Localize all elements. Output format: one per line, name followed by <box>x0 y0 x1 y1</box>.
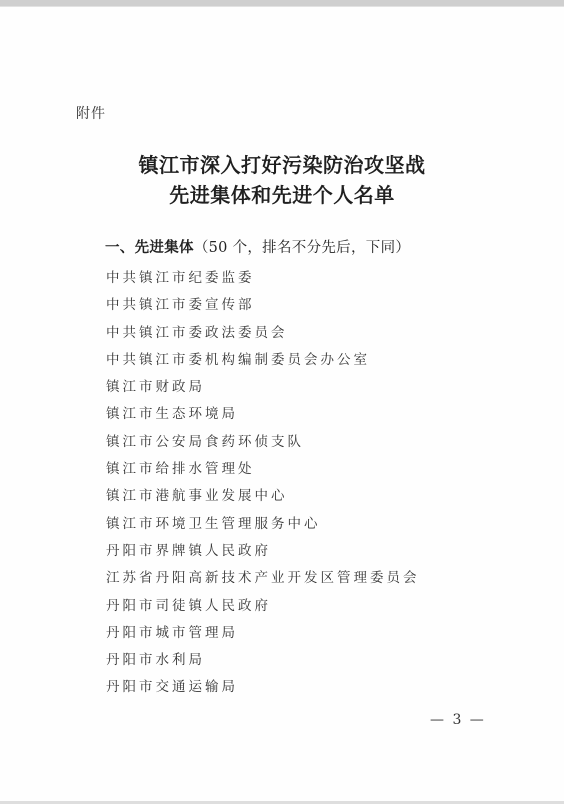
list-item: 中共镇江市纪委监委 <box>106 267 420 294</box>
section-heading-label: 一、先进集体 <box>105 240 194 256</box>
list-item: 镇江市生态环境局 <box>106 403 420 430</box>
list-item: 丹阳市界牌镇人民政府 <box>106 540 420 567</box>
page-number: — 3 — <box>430 712 486 728</box>
list-item: 丹阳市城市管理局 <box>106 622 420 649</box>
list-item: 镇江市港航事业发展中心 <box>106 485 420 512</box>
list-item: 中共镇江市委宣传部 <box>106 294 420 321</box>
attachment-label: 附件 <box>76 103 106 123</box>
list-item: 江苏省丹阳高新技术产业开发区管理委员会 <box>106 567 420 594</box>
title-line-2: 先进集体和先进个人名单 <box>0 180 564 210</box>
list-item: 镇江市财政局 <box>106 376 420 403</box>
document-title: 镇江市深入打好污染防治攻坚战 先进集体和先进个人名单 <box>0 150 564 210</box>
section-heading: 一、先进集体（50 个，排名不分先后，下同） <box>105 236 410 257</box>
advanced-collective-list: 中共镇江市纪委监委 中共镇江市委宣传部 中共镇江市委政法委员会 中共镇江市委机构… <box>106 267 420 704</box>
list-item: 镇江市环境卫生管理服务中心 <box>106 513 420 540</box>
list-item: 丹阳市交通运输局 <box>106 676 420 703</box>
list-item: 丹阳市司徒镇人民政府 <box>106 595 420 622</box>
list-item: 镇江市公安局食药环侦支队 <box>106 431 420 458</box>
list-item: 中共镇江市委机构编制委员会办公室 <box>106 349 420 376</box>
list-item: 镇江市给排水管理处 <box>106 458 420 485</box>
title-line-1: 镇江市深入打好污染防治攻坚战 <box>0 150 564 180</box>
list-item: 丹阳市水利局 <box>106 649 420 676</box>
list-item: 中共镇江市委政法委员会 <box>106 322 420 349</box>
section-heading-note: （50 个，排名不分先后，下同） <box>194 240 410 256</box>
top-edge-bar <box>0 0 564 7</box>
